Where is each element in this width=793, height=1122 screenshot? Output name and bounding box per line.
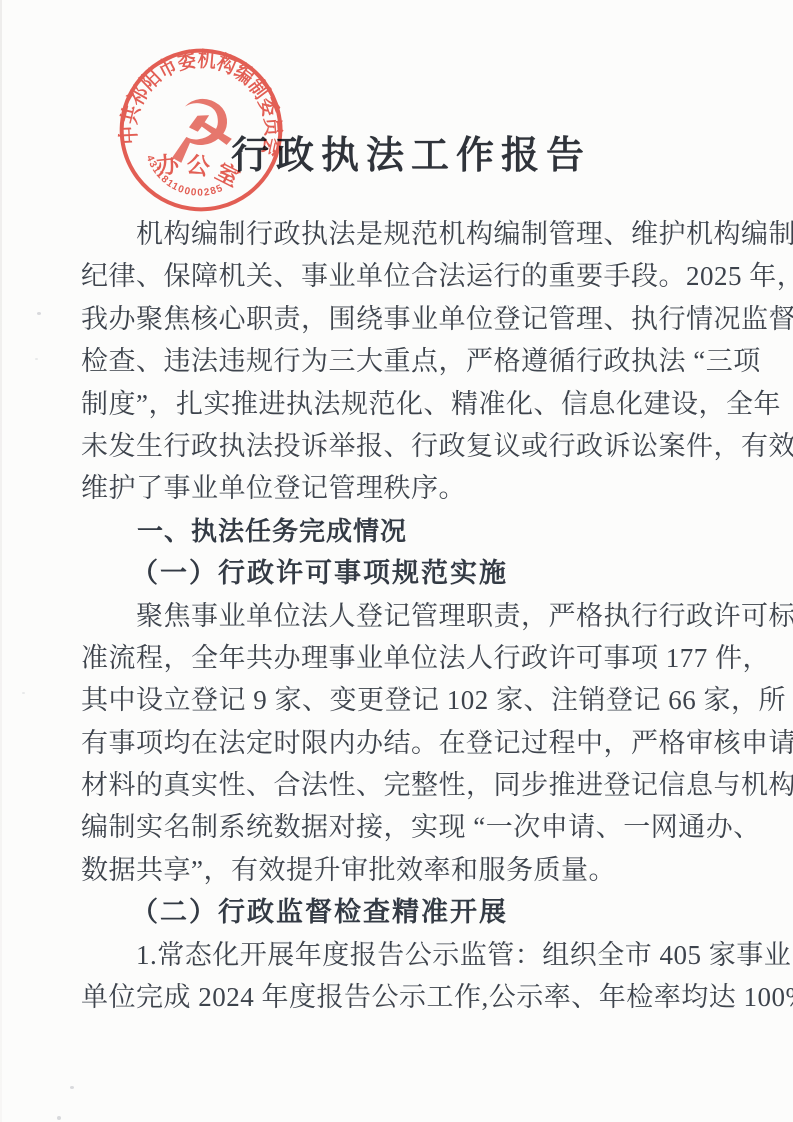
scan-speck: [70, 1086, 74, 1089]
scan-speck: [22, 692, 25, 694]
paragraph-line: 聚焦事业单位法人登记管理职责，严格执行行政许可标: [81, 595, 714, 637]
scan-speck: [57, 1116, 61, 1120]
paragraph-line: 单位完成 2024 年度报告公示工作,公示率、年检率均达 100%，: [81, 976, 714, 1018]
scan-speck: [37, 312, 41, 315]
document-page: 行政执法工作报告 机构编制行政执法是规范机构编制管理、维护机构编制 纪律、保障机…: [0, 0, 793, 1122]
paragraph-line: 数据共享”，有效提升审批效率和服务质量。: [81, 849, 714, 891]
subsection-heading-1-1: （一）行政许可事项规范实施: [81, 552, 714, 594]
paragraph-line: 维护了事业单位登记管理秩序。: [81, 467, 714, 509]
paragraph-line: 1.常态化开展年度报告公示监管：组织全市 405 家事业: [81, 934, 714, 976]
paragraph-line: 我办聚焦核心职责，围绕事业单位登记管理、执行情况监督: [81, 298, 714, 340]
paragraph-line: 材料的真实性、合法性、完整性，同步推进登记信息与机构: [81, 764, 714, 806]
section-heading-1: 一、执法任务完成情况: [81, 510, 714, 552]
paragraph-line: 编制实名制系统数据对接，实现 “一次申请、一网通办、: [81, 806, 714, 848]
paragraph-line: 制度”，扎实推进执法规范化、精准化、信息化建设，全年: [81, 383, 714, 425]
scan-speck: [35, 358, 38, 360]
document-body: 机构编制行政执法是规范机构编制管理、维护机构编制 纪律、保障机关、事业单位合法运…: [81, 213, 714, 1018]
paragraph-line: 有事项均在法定时限内办结。在登记过程中，严格审核申请: [81, 722, 714, 764]
paragraph-line: 检查、违法违规行为三大重点，严格遵循行政执法 “三项: [81, 340, 714, 382]
document-title: 行政执法工作报告: [95, 124, 727, 179]
paragraph-line: 其中设立登记 9 家、变更登记 102 家、注销登记 66 家，所: [81, 679, 714, 721]
paragraph-line: 机构编制行政执法是规范机构编制管理、维护机构编制: [81, 213, 714, 255]
paragraph-line: 准流程，全年共办理事业单位法人行政许可事项 177 件，: [81, 637, 714, 679]
paragraph-line: 纪律、保障机关、事业单位合法运行的重要手段。2025 年，: [81, 255, 714, 297]
subsection-heading-1-2: （二）行政监督检查精准开展: [81, 891, 714, 933]
paragraph-line: 未发生行政执法投诉举报、行政复议或行政诉讼案件，有效: [81, 425, 714, 467]
scan-edge-artifact: [0, 0, 2, 1122]
